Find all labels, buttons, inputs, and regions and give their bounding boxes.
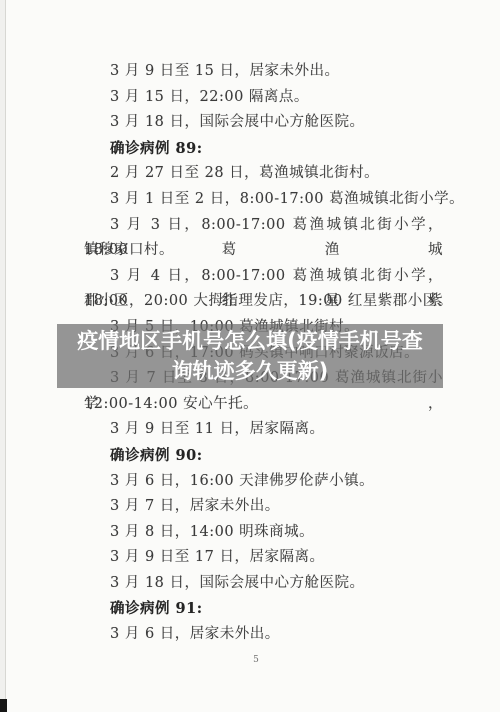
document-line: 3 月 18 日，国际会展中心方舱医院。: [84, 110, 443, 136]
overlay-title-line-2: 询轨迹多久更新): [172, 356, 329, 386]
document-line: 3 月 1 日至 2 日，8:00-17:00 葛渔城镇北街小学。: [84, 187, 443, 213]
document-line: 3 月 8 日，14:00 明珠商城。: [84, 520, 443, 546]
case-heading: 确诊病例 90:: [84, 443, 443, 469]
scan-corner-mark: [0, 699, 7, 712]
document-line: 3 月 6 日，居家未外出。: [84, 622, 443, 648]
document-line: 3 月 18 日，国际会展中心方舱医院。: [84, 571, 443, 597]
scan-edge-line: [5, 0, 6, 712]
document-line: 3 月 3 日，8:00-17:00 葛渔城镇北街小学，18:00 葛渔城: [84, 213, 443, 239]
document-line: 3 月 6 日，16:00 天津佛罗伦萨小镇。: [84, 469, 443, 495]
title-overlay-banner: 疫情地区手机号怎么填(疫情手机号查 询轨迹多久更新): [57, 324, 443, 388]
overlay-title-line-1: 疫情地区手机号怎么填(疫情手机号查: [77, 326, 423, 356]
document-line: 3 月 7 日，居家未外出。: [84, 494, 443, 520]
page-number: 5: [0, 655, 500, 665]
case-heading: 确诊病例 89:: [84, 136, 443, 162]
document-line: 3 月 15 日，22:00 隔离点。: [84, 85, 443, 111]
case-heading: 确诊病例 91:: [84, 596, 443, 622]
document-line: 3 月 9 日至 11 日，居家隔离。: [84, 417, 443, 443]
document-line: 2 月 27 日至 28 日，葛渔城镇北街村。: [84, 161, 443, 187]
document-line: 3 月 4 日，8:00-17:00 葛渔城镇北街小学，18:00 红星紫: [84, 264, 443, 290]
document-line: 3 月 9 日至 15 日，居家未外出。: [84, 59, 443, 85]
document-line: 3 月 9 日至 17 日，居家隔离。: [84, 545, 443, 571]
document-line: 郡小区，20:00 大拇指理发店，19:00 红星紫郡小区。: [84, 289, 443, 315]
scanned-document-page: 3 月 9 日至 15 日，居家未外出。 3 月 15 日，22:00 隔离点。…: [0, 0, 500, 712]
